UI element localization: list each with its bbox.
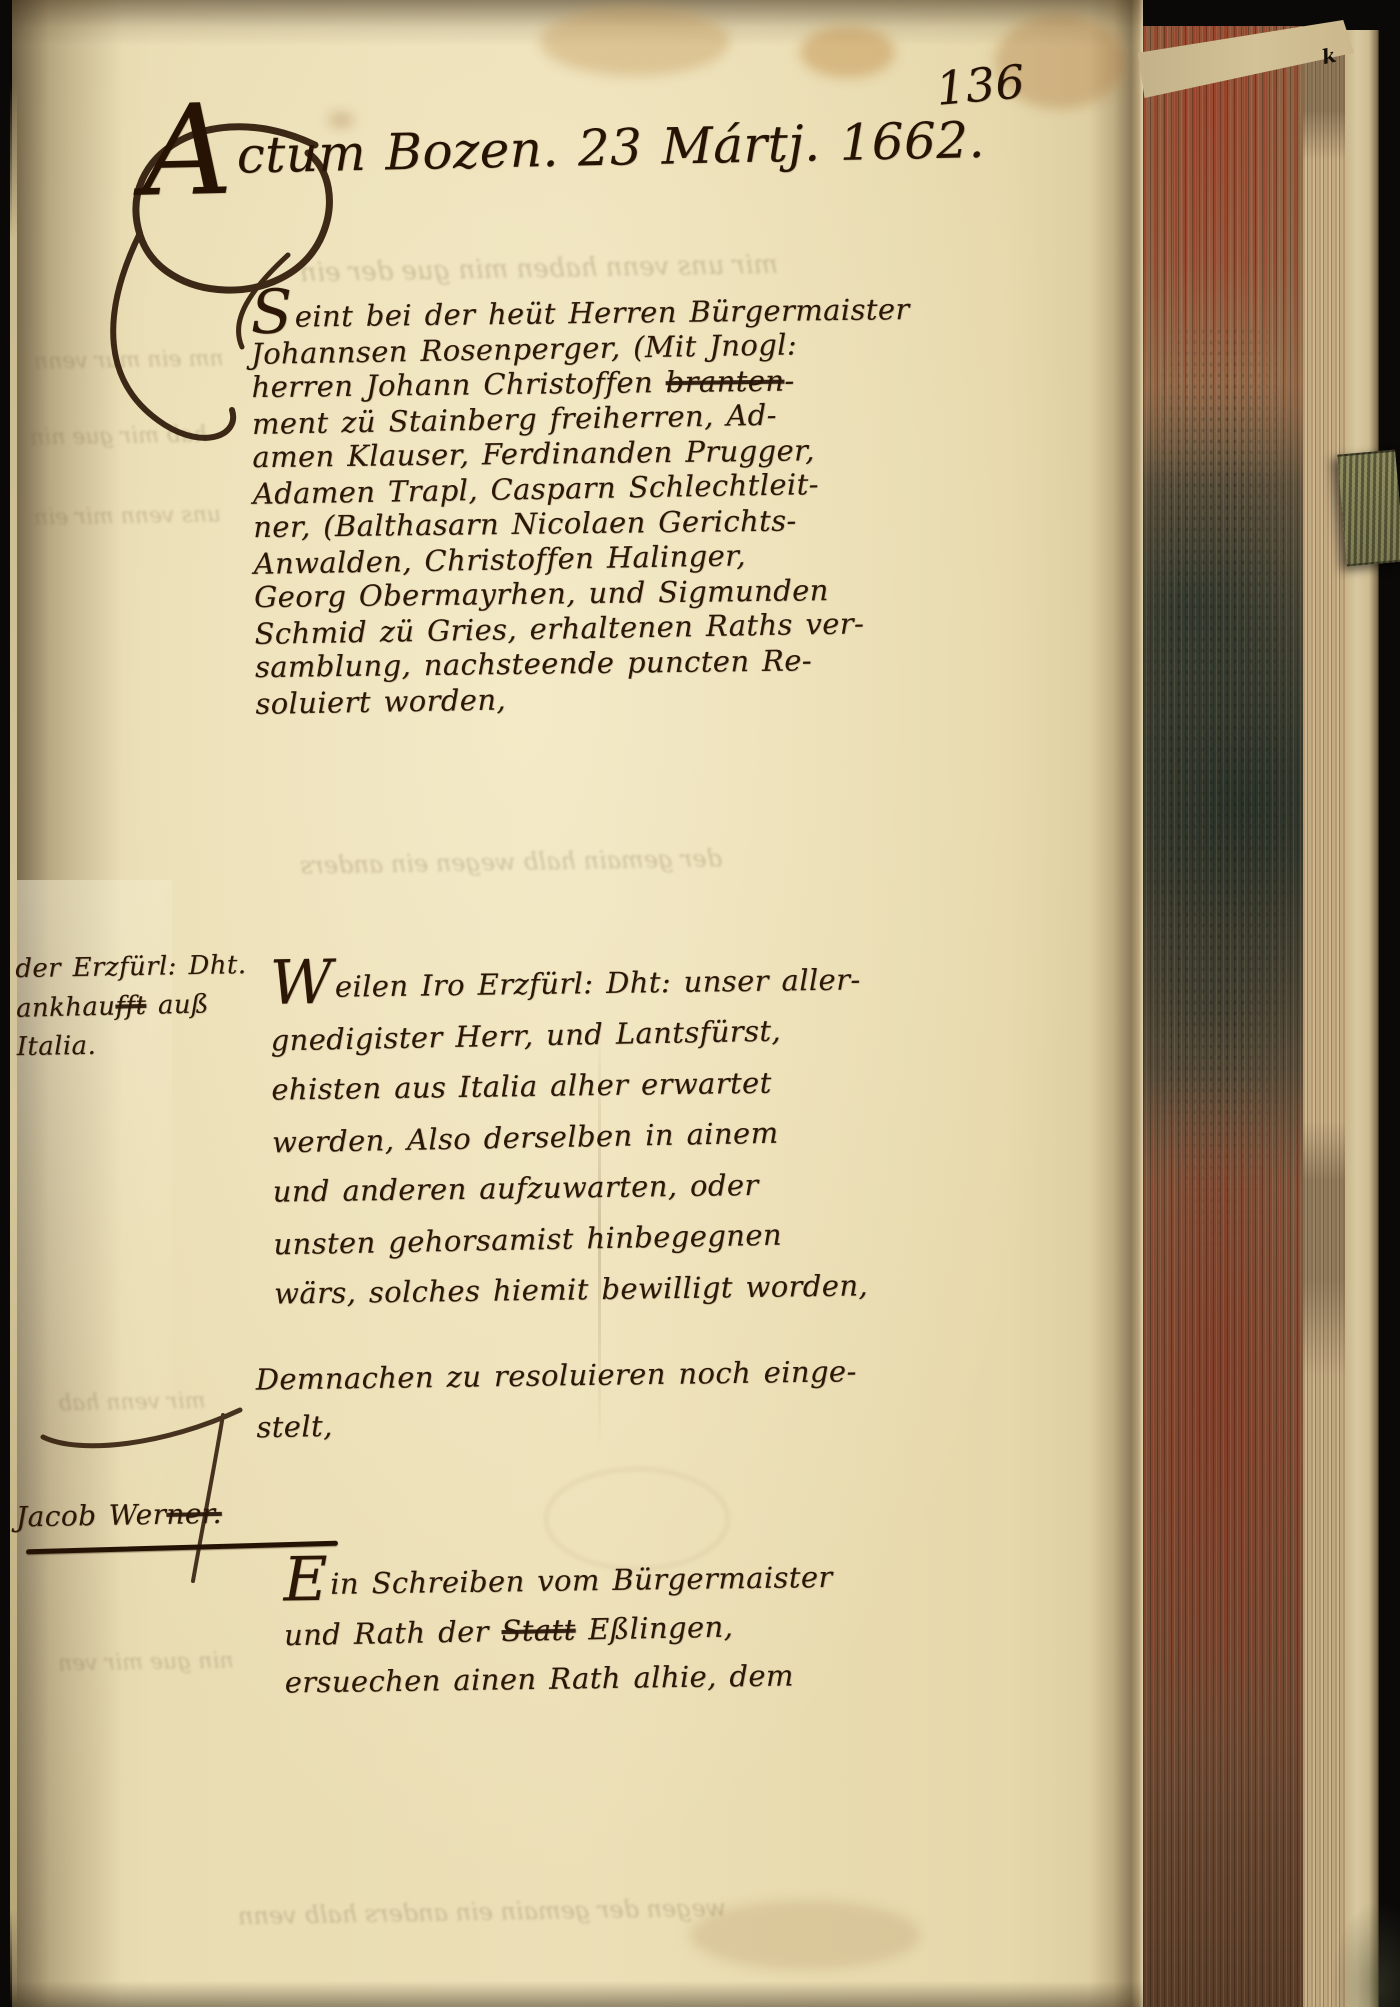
- body-paragraph-archduke-arrival: Weilen Iro Erzfürl: Dht: unser aller-gne…: [270, 953, 945, 1319]
- text-segment: und anderen aufzuwarten, oder: [273, 1168, 759, 1209]
- bleedthrough-text: uns venn mir ein: [34, 502, 221, 530]
- text-segment: Anwalden, Christoffen Halinger,: [253, 538, 746, 581]
- text-line: Jacob Werner.: [16, 1496, 297, 1534]
- bleedthrough-text: nm ein mur venn: [34, 346, 224, 374]
- bleedthrough-text: mir venn hab: [58, 1389, 206, 1417]
- text-segment: Italia.: [16, 1031, 96, 1062]
- text-segment: stelt,: [256, 1409, 333, 1444]
- text-segment: branten: [665, 364, 784, 399]
- text-segment: Eßlingen,: [575, 1610, 733, 1647]
- outer-page-edge: [1345, 30, 1379, 2007]
- text-segment: und Rath der: [284, 1614, 502, 1652]
- page-bottom-shadow: [12, 1981, 1143, 2007]
- bleedthrough-text: hab mir gue nin: [30, 422, 208, 450]
- text-segment: herren Johann Christoffen: [251, 365, 666, 404]
- background-tint: [1330, 1900, 1400, 2007]
- text-segment: gnedigister Herr, und Lantsfürst,: [270, 1014, 781, 1058]
- heading-initial: A: [140, 78, 234, 225]
- text-segment: -: [784, 364, 795, 398]
- text-segment: Demnachen zu resoluieren noch einge-: [255, 1354, 856, 1396]
- text-segment: fft: [115, 991, 147, 1022]
- text-segment: auß: [146, 989, 209, 1020]
- body-paragraph-esslingen-letter: Ein Schreiben vom Bürgermaisterund Rath …: [283, 1551, 935, 1707]
- cloth-tie-ribbon: [1337, 450, 1400, 567]
- text-segment: werden, Also derselben in ainem: [272, 1116, 779, 1160]
- text-line: Italia.: [16, 1024, 267, 1067]
- text-segment: W: [269, 947, 333, 1019]
- page-right-curl: [1089, 0, 1143, 2007]
- text-line: ankhaufft auß: [16, 984, 267, 1029]
- book-fore-edge: [1143, 26, 1303, 2007]
- text-line: der Erzfürl: Dht.: [15, 946, 266, 989]
- manuscript-photo: mir uns venn haben min gue der ein nm ei…: [0, 0, 1400, 2007]
- text-segment: ankhau: [16, 992, 116, 1024]
- text-segment: wärs, solches hiemit bewilligt worden,: [274, 1268, 868, 1310]
- margin-note-jacob-werner: Jacob Werner.: [16, 1496, 297, 1534]
- text-segment: Jacob Wer: [16, 1498, 167, 1534]
- page-edge-lines: [1303, 40, 1345, 2007]
- bleedthrough-text: nin gue mir ven: [58, 1648, 234, 1676]
- text-segment: unsten gehorsamist hinbegegnen: [273, 1218, 782, 1262]
- text-segment: E: [283, 1544, 329, 1616]
- text-segment: ersuechen ainen Rath alhie, dem: [284, 1658, 794, 1699]
- foxing-stain: [540, 6, 730, 76]
- body-paragraph-deferred: Demnachen zu resoluieren noch einge-stel…: [255, 1347, 916, 1448]
- margin-note-archduke: der Erzfürl: Dht.ankhaufft außItalia.: [15, 946, 267, 1067]
- text-segment: eilen Iro Erzfürl: Dht: unser aller-: [335, 962, 861, 1003]
- text-segment: in Schreiben vom Bürgermaister: [330, 1560, 833, 1601]
- text-segment: ner.: [166, 1497, 222, 1531]
- fore-edge-page-striations: [1143, 26, 1303, 2007]
- text-segment: der Erzfürl: Dht.: [15, 950, 247, 984]
- text-segment: ehisten aus Italia alher erwartet: [271, 1066, 772, 1107]
- page-number: 136: [934, 54, 1027, 116]
- text-segment: soluiert worden,: [255, 683, 506, 721]
- text-segment: Statt: [501, 1613, 576, 1648]
- body-paragraph-attendance: Seint bei der heüt Herren BürgermaisterJ…: [250, 292, 935, 720]
- foxing-stain: [800, 26, 895, 78]
